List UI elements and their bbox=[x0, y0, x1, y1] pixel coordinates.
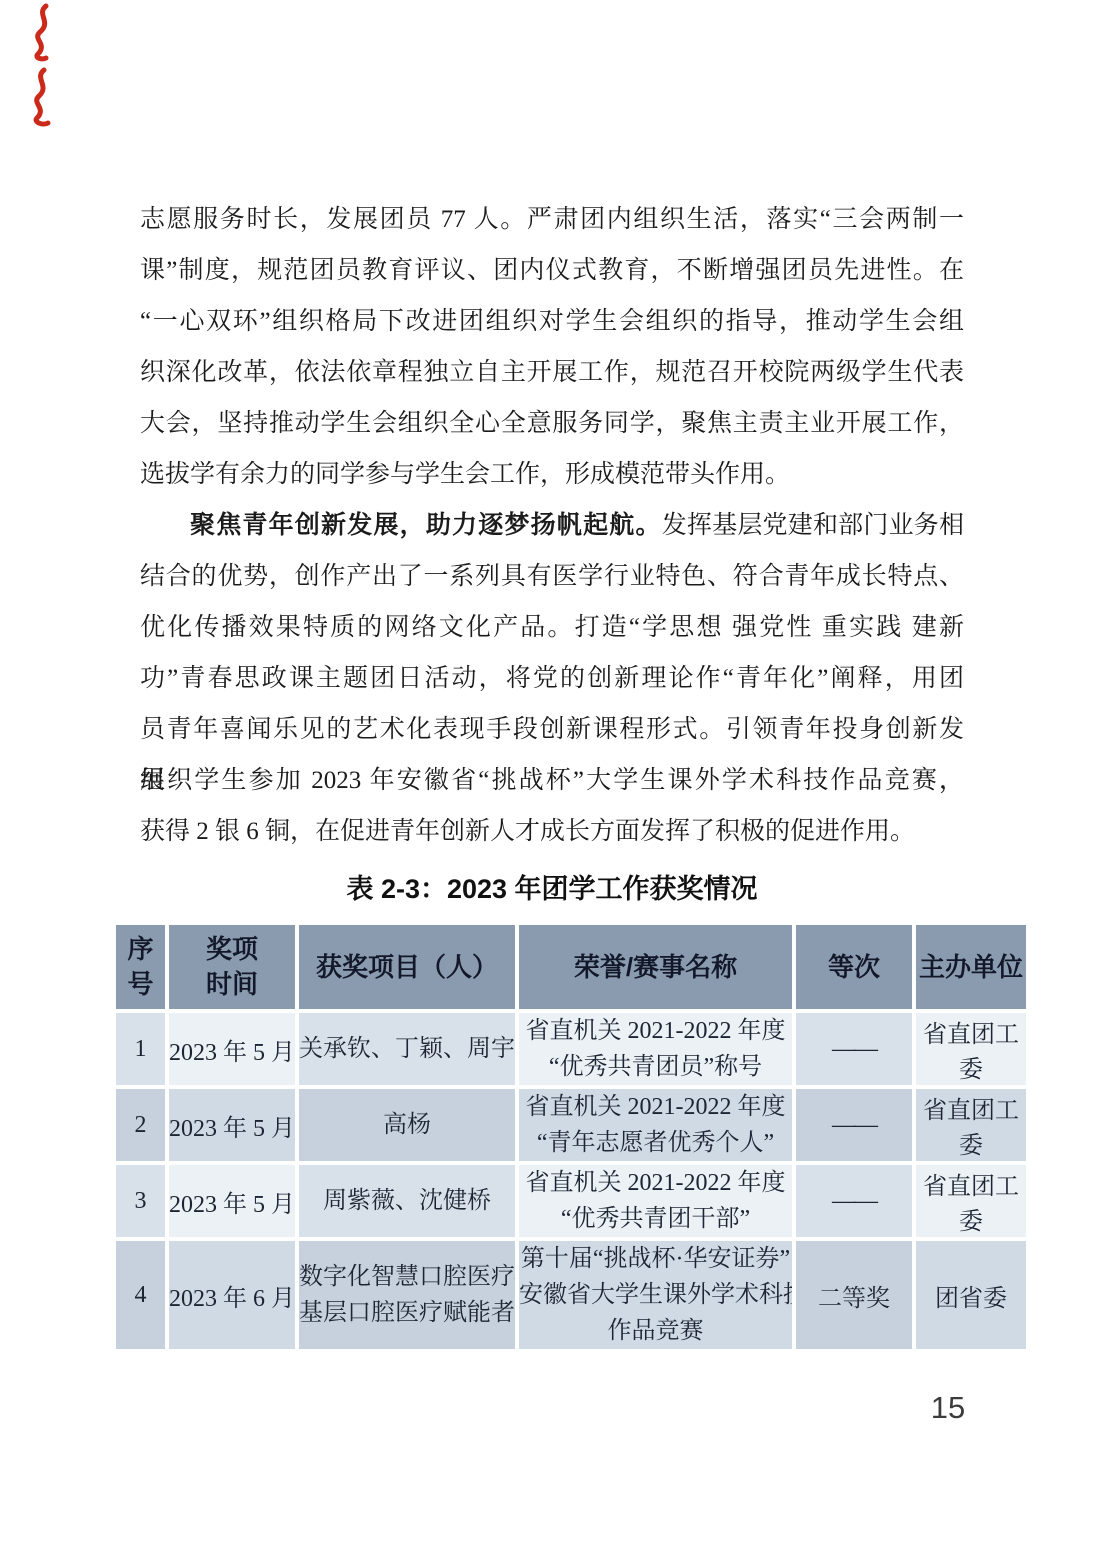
body-text-line: 组织学生参加 2023 年安徽省“挑战杯”大学生课外学术科技作品竞赛， bbox=[140, 755, 964, 806]
table-header-cell: 荣誉/赛事名称 bbox=[517, 923, 794, 1011]
table-cell: 周紫薇、沈健桥 bbox=[297, 1163, 517, 1239]
body-text-line: 织深化改革，依法依章程独立自主开展工作，规范召开校院两级学生代表 bbox=[140, 347, 964, 398]
table-cell: 2 bbox=[114, 1087, 167, 1163]
em-dash-placeholder: —— bbox=[832, 1188, 876, 1214]
document-page: 志愿服务时长，发展团员 77 人。严肃团内组织生活，落实“三会两制一课”制度，规… bbox=[0, 0, 1102, 1559]
table-cell: 省直机关 2021-2022 年度“青年志愿者优秀个人” bbox=[517, 1087, 794, 1163]
awards-table: 序号奖项时间获奖项目（人）荣誉/赛事名称等次主办单位 12023 年 5 月关承… bbox=[112, 921, 1030, 1353]
table-cell: 3 bbox=[114, 1163, 167, 1239]
body-text-line: 聚焦青年创新发展，助力逐梦扬帆起航。发挥基层党建和部门业务相 bbox=[140, 500, 964, 551]
table-cell: 省直机关 2021-2022 年度“优秀共青团员”称号 bbox=[517, 1011, 794, 1087]
body-text-line: “一心双环”组织格局下改进团组织对学生会组织的指导，推动学生会组 bbox=[140, 296, 964, 347]
red-ink-annotation-icon bbox=[22, 2, 64, 132]
body-text-line: 功”青春思政课主题团日活动，将党的创新理论作“青年化”阐释，用团 bbox=[140, 653, 964, 704]
table-row: 32023 年 5 月周紫薇、沈健桥省直机关 2021-2022 年度“优秀共青… bbox=[114, 1163, 1028, 1239]
table-cell: 二等奖 bbox=[794, 1239, 914, 1351]
page-number: 15 bbox=[898, 1388, 998, 1428]
table-caption: 表 2-3：2023 年团学工作获奖情况 bbox=[140, 868, 964, 910]
table-cell: 2023 年 5 月 bbox=[167, 1087, 297, 1163]
table-cell: 省直机关 2021-2022 年度“优秀共青团干部” bbox=[517, 1163, 794, 1239]
table-cell: 第十届“挑战杯·华安证券”安徽省大学生课外学术科技作品竞赛 bbox=[517, 1239, 794, 1351]
table-cell: 2023 年 6 月 bbox=[167, 1239, 297, 1351]
table-header-cell: 奖项时间 bbox=[167, 923, 297, 1011]
body-text-line: 志愿服务时长，发展团员 77 人。严肃团内组织生活，落实“三会两制一 bbox=[140, 194, 964, 245]
table-cell: 省直团工委 bbox=[914, 1163, 1028, 1239]
table-cell: —— bbox=[794, 1163, 914, 1239]
em-dash-placeholder: —— bbox=[832, 1112, 876, 1138]
table-header-cell: 主办单位 bbox=[914, 923, 1028, 1011]
table-header-cell: 序号 bbox=[114, 923, 167, 1011]
body-text-line: 结合的优势，创作产出了一系列具有医学行业特色、符合青年成长特点、 bbox=[140, 551, 964, 602]
table-cell: 高杨 bbox=[297, 1087, 517, 1163]
table-cell: 4 bbox=[114, 1239, 167, 1351]
table-header-cell: 获奖项目（人） bbox=[297, 923, 517, 1011]
em-dash-placeholder: —— bbox=[832, 1036, 876, 1062]
table-row: 22023 年 5 月高杨省直机关 2021-2022 年度“青年志愿者优秀个人… bbox=[114, 1087, 1028, 1163]
table-row: 12023 年 5 月关承钦、丁颖、周宇航省直机关 2021-2022 年度“优… bbox=[114, 1011, 1028, 1087]
body-text-line: 员青年喜闻乐见的艺术化表现手段创新课程形式。引领青年投身创新发展， bbox=[140, 704, 964, 755]
body-text-line: 课”制度，规范团员教育评议、团内仪式教育，不断增强团员先进性。在 bbox=[140, 245, 964, 296]
body-paragraphs: 志愿服务时长，发展团员 77 人。严肃团内组织生活，落实“三会两制一课”制度，规… bbox=[140, 194, 964, 857]
table-cell: —— bbox=[794, 1087, 914, 1163]
table-cell: 2023 年 5 月 bbox=[167, 1011, 297, 1087]
body-text-line: 大会，坚持推动学生会组织全心全意服务同学，聚焦主责主业开展工作， bbox=[140, 398, 964, 449]
table-cell: 关承钦、丁颖、周宇航 bbox=[297, 1011, 517, 1087]
body-text-line: 获得 2 银 6 铜，在促进青年创新人才成长方面发挥了积极的促进作用。 bbox=[140, 806, 964, 857]
table-header-cell: 等次 bbox=[794, 923, 914, 1011]
body-text-line: 优化传播效果特质的网络文化产品。打造“学思想 强党性 重实践 建新 bbox=[140, 602, 964, 653]
body-text-line: 选拔学有余力的同学参与学生会工作，形成模范带头作用。 bbox=[140, 449, 964, 500]
bold-lead-in: 聚焦青年创新发展，助力逐梦扬帆起航。 bbox=[190, 511, 662, 539]
table-cell: 省直团工委 bbox=[914, 1011, 1028, 1087]
table-cell: 数字化智慧口腔医疗——基层口腔医疗赋能者 bbox=[297, 1239, 517, 1351]
table-cell: 1 bbox=[114, 1011, 167, 1087]
table-cell: 团省委 bbox=[914, 1239, 1028, 1351]
table-cell: 省直团工委 bbox=[914, 1087, 1028, 1163]
table-cell: —— bbox=[794, 1011, 914, 1087]
table-row: 42023 年 6 月数字化智慧口腔医疗——基层口腔医疗赋能者第十届“挑战杯·华… bbox=[114, 1239, 1028, 1351]
table-cell: 2023 年 5 月 bbox=[167, 1163, 297, 1239]
